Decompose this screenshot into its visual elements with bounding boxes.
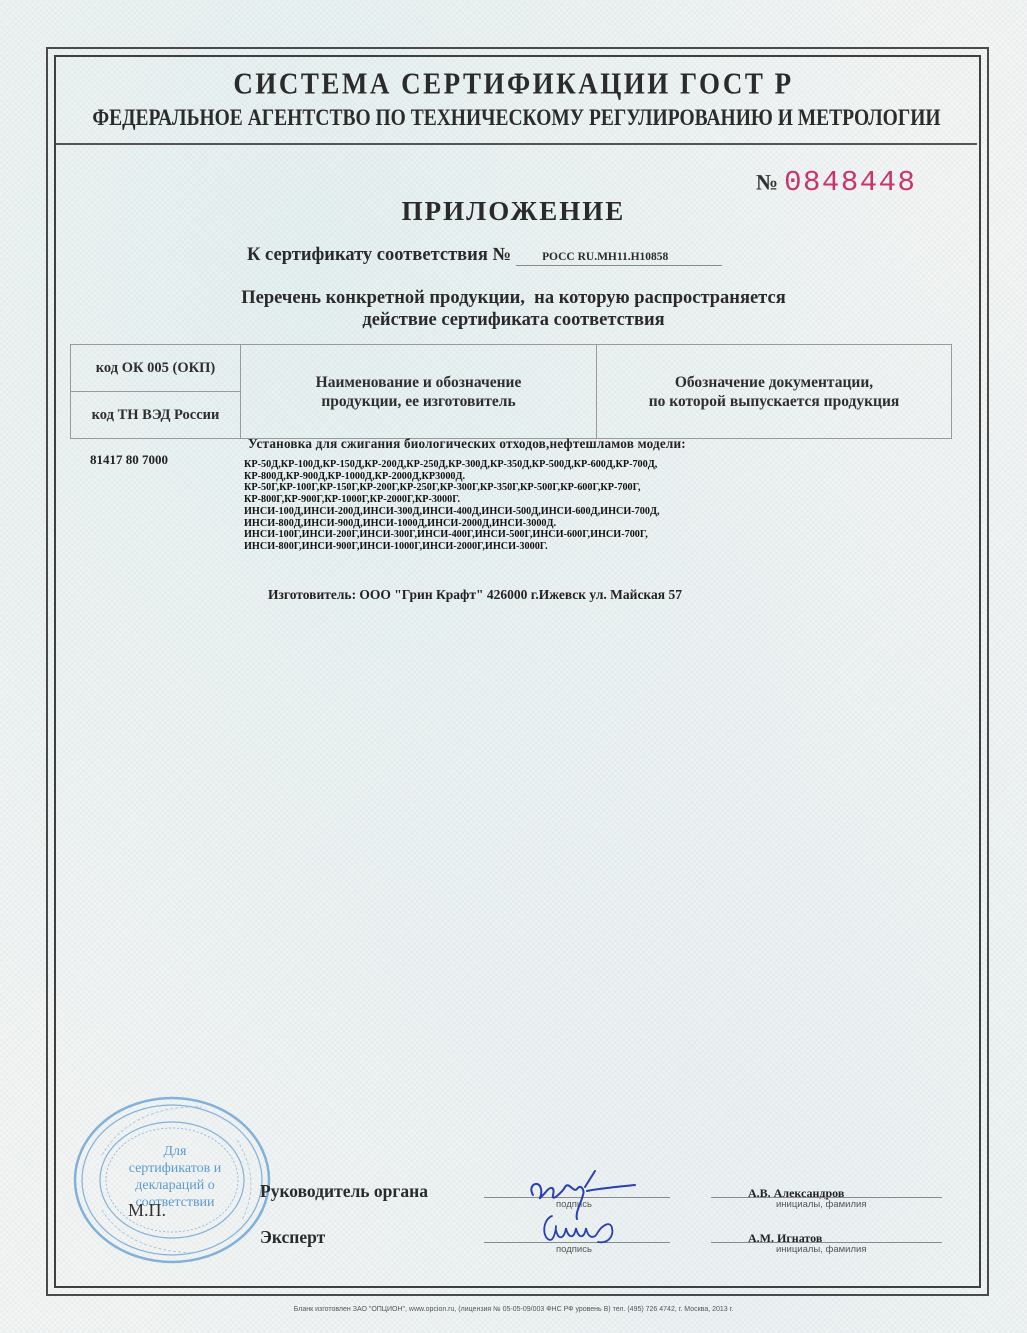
- model-line: КР-800Г,КР-900Г,КР-1000Г,КР-2000Г,КР-300…: [244, 494, 660, 506]
- header-documentation-line2: по которой выпускается продукция: [597, 392, 951, 411]
- product-list-title: Перечень конкретной продукции, на котору…: [0, 287, 1027, 331]
- handwritten-signature-icon: [538, 1210, 618, 1246]
- name-caption-expert: инициалы, фамилия: [776, 1244, 866, 1255]
- header-product-name-line2: продукции, ее изготовитель: [241, 392, 596, 411]
- header-tnved-code: код ТН ВЭД России: [71, 392, 241, 439]
- stamp-line: сертификатов и: [120, 1160, 230, 1177]
- model-line: КР-800Д,КР-900Д,КР-1000Д,КР-2000Д,КР3000…: [244, 471, 660, 483]
- model-line: КР-50Д,КР-100Д,КР-150Д,КР-200Д,КР-250Д,К…: [244, 459, 660, 471]
- certificate-label: К сертификату соответствия №: [247, 245, 511, 265]
- agency-title: ФЕДЕРАЛЬНОЕ АГЕНТСТВО ПО ТЕХНИЧЕСКОМУ РЕ…: [56, 106, 977, 132]
- stamp-line: Для: [120, 1143, 230, 1160]
- mp-label: М.П.: [128, 1200, 166, 1221]
- certificate-reference: К сертификату соответствия №РОСС RU.МН11…: [247, 245, 722, 266]
- signature-role-expert: Эксперт: [260, 1227, 325, 1248]
- number-sign: №: [756, 170, 778, 195]
- model-line: КР-50Г,КР-100Г,КР-150Г,КР-200Г,КР-250Г,К…: [244, 482, 660, 494]
- model-line: ИНСИ-100Г,ИНСИ-200Г,ИНСИ-300Г,ИНСИ-400Г,…: [244, 529, 660, 541]
- printer-footer: Бланк изготовлен ЗАО "ОПЦИОН", www.opcio…: [0, 1306, 1027, 1313]
- appendix-title: ПРИЛОЖЕНИЕ: [0, 196, 1027, 227]
- okp-code-value: 81417 80 7000: [90, 452, 168, 468]
- product-list-title-line2: действие сертификата соответствия: [0, 309, 1027, 331]
- header-documentation-line1: Обозначение документации,: [597, 373, 951, 392]
- header-divider: [56, 143, 977, 145]
- model-line: ИНСИ-100Д,ИНСИ-200Д,ИНСИ-300Д,ИНСИ-400Д,…: [244, 506, 660, 518]
- header-documentation: Обозначение документации, по которой вып…: [597, 345, 952, 439]
- name-caption-head: инициалы, фамилия: [776, 1199, 866, 1210]
- form-number: №0848448: [756, 166, 916, 199]
- product-table-header: код ОК 005 (ОКП) Наименование и обозначе…: [70, 344, 952, 439]
- model-line: ИНСИ-800Г,ИНСИ-900Г,ИНСИ-1000Г,ИНСИ-2000…: [244, 541, 660, 553]
- name-line-expert: [711, 1242, 942, 1243]
- model-list: КР-50Д,КР-100Д,КР-150Д,КР-200Д,КР-250Д,К…: [244, 459, 660, 553]
- model-line: ИНСИ-800Д,ИНСИ-900Д,ИНСИ-1000Д,ИНСИ-2000…: [244, 518, 660, 530]
- manufacturer: Изготовитель: ООО "Грин Крафт" 426000 г.…: [268, 587, 682, 603]
- stamp-line: деклараций о: [120, 1177, 230, 1194]
- name-line-head: [711, 1197, 942, 1198]
- header-product-name-line1: Наименование и обозначение: [241, 373, 596, 392]
- signature-role-head: Руководитель органа: [260, 1181, 428, 1202]
- header-product-name: Наименование и обозначение продукции, ее…: [241, 345, 597, 439]
- product-title: Установка для сжигания биологических отх…: [248, 436, 686, 452]
- certificate-number: РОСС RU.МН11.Н10858: [516, 249, 722, 266]
- form-number-value: 0848448: [784, 166, 916, 199]
- system-title: СИСТЕМА СЕРТИФИКАЦИИ ГОСТ Р: [0, 66, 1027, 102]
- product-list-title-line1: Перечень конкретной продукции, на котору…: [0, 287, 1027, 309]
- header-okp-code: код ОК 005 (ОКП): [71, 345, 241, 392]
